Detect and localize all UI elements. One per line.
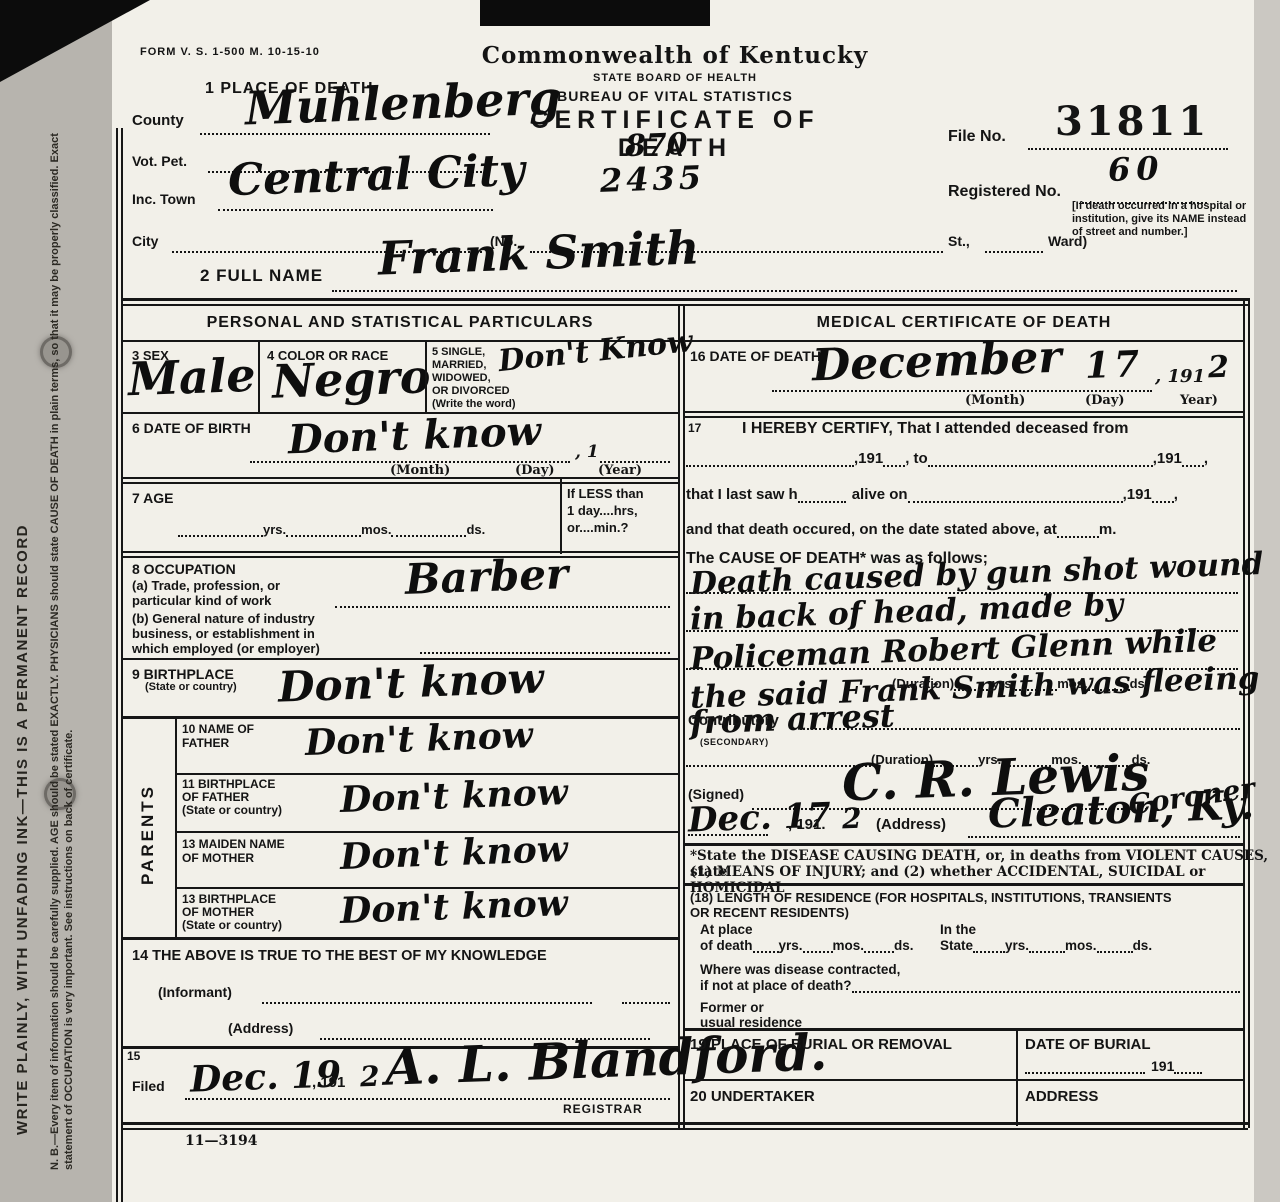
divider bbox=[258, 340, 260, 412]
dotted-line bbox=[928, 452, 1153, 467]
dotted-line bbox=[286, 524, 361, 537]
certify-comma: , bbox=[1204, 450, 1208, 467]
certify-191a: ,191 bbox=[854, 450, 883, 467]
parents-vertical-label: PARENTS bbox=[138, 765, 158, 885]
full-name-value: Frank Smith bbox=[377, 220, 700, 285]
if-not-label: if not at place of death? bbox=[700, 978, 852, 993]
dotted-line bbox=[688, 834, 768, 836]
father-name-value: Don't know bbox=[304, 714, 533, 764]
registrar-label: REGISTRAR bbox=[563, 1103, 643, 1117]
in-the-label: In the bbox=[940, 922, 976, 938]
age-label: 7 AGE bbox=[132, 490, 174, 506]
dotted-line bbox=[1025, 1060, 1145, 1074]
file-no-value: 31811 bbox=[1055, 98, 1209, 145]
duration-mos: mos. bbox=[1057, 676, 1087, 691]
residence-state-row: State yrs. mos. ds. bbox=[940, 938, 1240, 953]
divider bbox=[122, 1128, 1248, 1130]
residence-label: (18) LENGTH OF RESIDENCE (FOR HOSPITALS,… bbox=[690, 890, 1172, 920]
divider bbox=[175, 716, 177, 938]
age-mos-label: mos. bbox=[361, 522, 391, 537]
duration-yrs: yrs. bbox=[992, 676, 1015, 691]
scan-top-artifact bbox=[480, 0, 710, 26]
vot-pet-label: Vot. Pet. bbox=[132, 153, 187, 169]
dotted-line bbox=[686, 452, 854, 467]
signed-year-hand: 2 bbox=[841, 802, 862, 836]
dotted-line bbox=[1097, 940, 1133, 953]
birthplace-sub-label: (State or country) bbox=[145, 681, 237, 694]
res-ds: ds. bbox=[894, 938, 914, 953]
divider bbox=[116, 128, 118, 1202]
mother-maiden-name-label: 13 MAIDEN NAME OF MOTHER bbox=[182, 837, 285, 865]
dotted-line bbox=[335, 606, 670, 608]
occupation-a-value: Barber bbox=[404, 549, 569, 604]
stamp-number-2435: 2435 bbox=[599, 158, 705, 200]
dotted-line bbox=[772, 390, 1152, 392]
city-ward-label: Ward) bbox=[1048, 233, 1087, 249]
dotted-line bbox=[1057, 523, 1099, 538]
burial-place-label: 19 PLACE OF BURIAL OR REMOVAL bbox=[690, 1036, 952, 1053]
print-code: 11—3194 bbox=[185, 1133, 257, 1149]
dotted-line bbox=[1152, 488, 1174, 503]
inc-town-value: Central City bbox=[227, 145, 525, 206]
dotted-line bbox=[1182, 452, 1204, 467]
county-label: County bbox=[132, 112, 184, 129]
occupation-b-label: (b) General nature of industry business,… bbox=[132, 611, 320, 656]
contributory-label: Contributory bbox=[688, 712, 779, 729]
dotted-line bbox=[883, 452, 905, 467]
of-death-label: of death bbox=[700, 938, 753, 953]
duration-label: (Duration) bbox=[892, 676, 954, 691]
divider bbox=[122, 1122, 1248, 1125]
medical-section-title: MEDICAL CERTIFICATE OF DEATH bbox=[684, 314, 1244, 332]
certify-line2: ,191 , to ,191 , bbox=[686, 450, 1238, 467]
dotted-line bbox=[954, 678, 992, 691]
form-number: FORM V. S. 1-500 M. 10-15-10 bbox=[140, 46, 320, 59]
former-label: Former or bbox=[700, 1000, 764, 1016]
at-place-label: At place bbox=[700, 922, 753, 938]
death-certificate-scan: WRITE PLAINLY, WITH UNFADING INK—THIS IS… bbox=[0, 0, 1280, 1202]
filed-section-number: 15 bbox=[127, 1050, 140, 1064]
certify-saw: that I last saw h bbox=[686, 486, 798, 503]
certify-to: , to bbox=[905, 450, 928, 467]
divider bbox=[122, 937, 678, 940]
undertaker-label: 20 UNDERTAKER bbox=[690, 1088, 815, 1105]
dotted-line bbox=[908, 488, 1123, 503]
burial-date-label: DATE OF BURIAL bbox=[1025, 1036, 1151, 1053]
race-value: Negro bbox=[271, 349, 431, 408]
father-name-label: 10 NAME OF FATHER bbox=[182, 722, 254, 750]
informant-label: (Informant) bbox=[158, 984, 232, 1000]
certify-line1: I HEREBY CERTIFY, That I attended deceas… bbox=[742, 420, 1128, 438]
age-row: yrs. mos. ds. bbox=[178, 522, 553, 537]
divider bbox=[122, 477, 678, 479]
contracted-question: Where was disease contracted, bbox=[700, 962, 900, 978]
dotted-line bbox=[985, 251, 1043, 253]
dob-value: Don't know bbox=[287, 408, 542, 464]
burial-191: 191 bbox=[1145, 1058, 1174, 1074]
date-of-death-month: December bbox=[811, 332, 1062, 392]
divider bbox=[122, 304, 1248, 306]
dotted-line bbox=[420, 652, 670, 654]
dod-year-caption: Year) bbox=[1180, 394, 1218, 409]
certify-line4: and that death occured, on the date stat… bbox=[686, 521, 1238, 538]
divider bbox=[684, 1079, 1244, 1081]
dod-month-caption: (Month) bbox=[965, 394, 1025, 409]
dotted-line bbox=[973, 940, 1005, 953]
attest-label: 14 THE ABOVE IS TRUE TO THE BEST OF MY K… bbox=[132, 948, 547, 965]
dotted-line bbox=[622, 1002, 670, 1004]
divider bbox=[122, 551, 678, 553]
certify-m: m. bbox=[1099, 521, 1117, 538]
dotted-line bbox=[798, 488, 846, 503]
county-value: Muhlenberg bbox=[244, 71, 562, 136]
scan-right-edge bbox=[1254, 0, 1280, 1202]
dotted-line bbox=[332, 290, 1237, 292]
filed-year-hand: 2 bbox=[359, 1060, 380, 1094]
certify-alive: alive on bbox=[846, 486, 908, 503]
divider bbox=[684, 411, 1244, 413]
dob-label: 6 DATE OF BIRTH bbox=[132, 420, 251, 436]
dotted-line bbox=[1174, 1060, 1202, 1074]
divider bbox=[678, 304, 680, 1128]
age-ds-label: ds. bbox=[466, 522, 485, 537]
informant-address-label: (Address) bbox=[228, 1020, 293, 1036]
signed-address-value: Cleaton, Ky. bbox=[987, 781, 1255, 837]
dotted-line bbox=[178, 524, 263, 537]
hospital-note: [If death occurred in a hospital or inst… bbox=[1072, 200, 1250, 239]
dotted-line bbox=[803, 940, 833, 953]
dotted-line bbox=[864, 940, 894, 953]
certify-191c: ,191 bbox=[1123, 486, 1152, 503]
dotted-line bbox=[800, 728, 1240, 730]
date-of-death-day: 17 bbox=[1084, 343, 1144, 387]
dotted-line bbox=[1015, 678, 1057, 691]
signed-year-print: , 191. bbox=[788, 816, 826, 833]
certify-comma2: , bbox=[1174, 486, 1178, 503]
res-mos: mos. bbox=[833, 938, 865, 953]
divider bbox=[560, 477, 562, 554]
divider bbox=[684, 883, 1244, 886]
registrar-signature: A. L. Blandford. bbox=[384, 1022, 828, 1096]
undertaker-address-label: ADDRESS bbox=[1025, 1088, 1098, 1105]
residence-at-place-row: of death yrs. mos. ds. bbox=[700, 938, 930, 953]
date-of-death-year-hand: 2 bbox=[1207, 350, 1229, 386]
divider bbox=[684, 843, 1244, 846]
certify-section-number: 17 bbox=[688, 422, 701, 436]
res-ds-2: ds. bbox=[1133, 938, 1153, 953]
res-yrs-2: yrs. bbox=[1005, 938, 1029, 953]
certify-191b: ,191 bbox=[1153, 450, 1182, 467]
personal-section-title: PERSONAL AND STATISTICAL PARTICULARS bbox=[122, 314, 678, 332]
mother-birthplace-value: Don't know bbox=[339, 882, 568, 932]
burial-date-row: 191 bbox=[1025, 1058, 1237, 1074]
father-birthplace-value: Don't know bbox=[339, 771, 568, 821]
dotted-line bbox=[185, 1098, 670, 1100]
dotted-line bbox=[1029, 940, 1065, 953]
dob-pre-year: , 1 bbox=[575, 442, 599, 462]
city-st-label: St., bbox=[948, 233, 970, 249]
dotted-line bbox=[391, 524, 466, 537]
signed-address-label: (Address) bbox=[876, 816, 946, 833]
mother-maiden-name-value: Don't know bbox=[339, 828, 568, 878]
divider bbox=[684, 1028, 1244, 1031]
age-less-than-note: If LESS than 1 day....hrs, or....min.? bbox=[567, 485, 644, 536]
dotted-line bbox=[753, 940, 779, 953]
city-label: City bbox=[132, 233, 158, 249]
birthplace-value: Don't know bbox=[277, 653, 544, 711]
sex-value: Male bbox=[127, 348, 256, 406]
divider bbox=[1243, 298, 1245, 1128]
commonwealth-title: Commonwealth of Kentucky bbox=[470, 42, 880, 69]
dotted-line bbox=[968, 836, 1240, 838]
inc-town-label: Inc. Town bbox=[132, 191, 196, 207]
registered-no-label: Registered No. bbox=[948, 183, 1061, 201]
dotted-line bbox=[200, 133, 490, 135]
birthplace-label: 9 BIRTHPLACE bbox=[132, 666, 234, 682]
cause-duration-row: (Duration) yrs. mos. ds. bbox=[892, 676, 1242, 691]
certify-line3: that I last saw h alive on ,191 , bbox=[686, 486, 1238, 503]
divider bbox=[175, 773, 678, 775]
dotted-line bbox=[1088, 678, 1130, 691]
res-yrs: yrs. bbox=[779, 938, 803, 953]
occupation-label: 8 OCCUPATION bbox=[132, 561, 236, 577]
divider bbox=[122, 298, 1248, 301]
file-no-label: File No. bbox=[948, 128, 1006, 146]
if-not-row: if not at place of death? bbox=[700, 978, 1240, 993]
res-mos-2: mos. bbox=[1065, 938, 1097, 953]
date-of-death-label: 16 DATE OF DEATH bbox=[690, 348, 821, 364]
dotted-line bbox=[218, 209, 493, 211]
registered-no-value: 60 bbox=[1107, 149, 1165, 189]
dotted-line bbox=[262, 1002, 592, 1004]
dotted-line bbox=[852, 980, 1240, 993]
dod-day-caption: (Day) bbox=[1085, 394, 1125, 409]
secondary-label: (SECONDARY) bbox=[700, 737, 769, 747]
divider bbox=[425, 340, 427, 412]
date-of-death-year-print: , 191 bbox=[1155, 366, 1205, 387]
margin-note-text: N. B.—Every item of information should b… bbox=[48, 110, 76, 1170]
filed-year-print: , 191 bbox=[312, 1074, 345, 1091]
mother-birthplace-label: 13 BIRTHPLACE OF MOTHER (State or countr… bbox=[182, 893, 282, 932]
filed-label: Filed bbox=[132, 1078, 165, 1094]
margin-warning-text: WRITE PLAINLY, WITH UNFADING INK—THIS IS… bbox=[14, 125, 31, 1135]
age-yrs-label: yrs. bbox=[263, 522, 286, 537]
divider bbox=[1016, 1028, 1018, 1126]
state-label: State bbox=[940, 938, 973, 953]
full-name-label: 2 FULL NAME bbox=[200, 266, 323, 286]
father-birthplace-label: 11 BIRTHPLACE OF FATHER (State or countr… bbox=[182, 778, 282, 817]
certify-death-text: and that death occured, on the date stat… bbox=[686, 521, 1057, 538]
duration-ds: ds. bbox=[1130, 676, 1149, 691]
occupation-a-label: (a) Trade, profession, or particular kin… bbox=[132, 578, 280, 608]
